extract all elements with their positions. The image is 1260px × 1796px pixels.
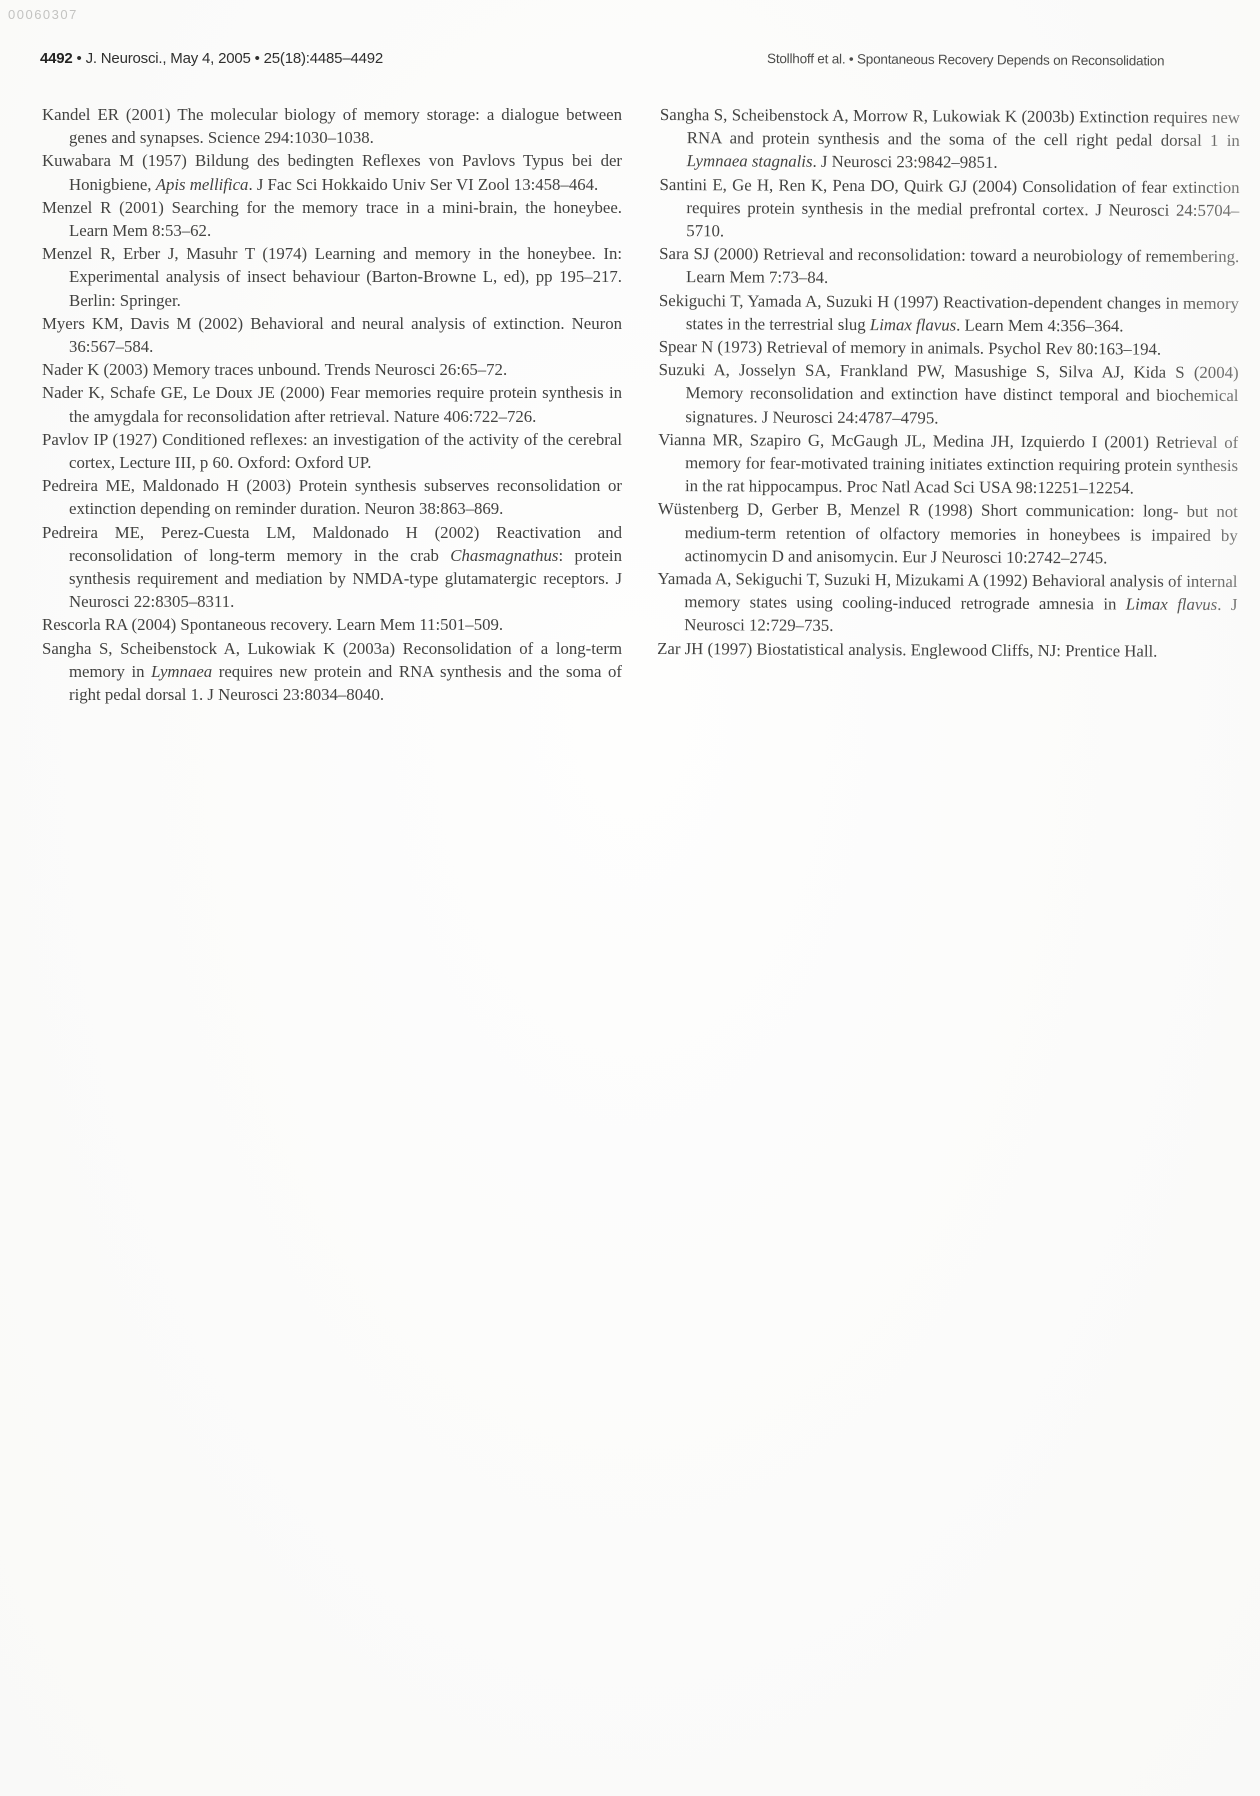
references-right-column: Sangha S, Scheibenstock A, Morrow R, Luk… bbox=[657, 103, 1240, 709]
header-citation: 4492 • J. Neurosci., May 4, 2005 • 25(18… bbox=[40, 50, 383, 67]
reference-item: Sangha S, Scheibenstock A, Morrow R, Luk… bbox=[660, 103, 1240, 176]
reference-item: Suzuki A, Josselyn SA, Frankland PW, Mas… bbox=[658, 358, 1238, 431]
page-number: 4492 bbox=[40, 50, 73, 67]
reference-item: Rescorla RA (2004) Spontaneous recovery.… bbox=[42, 613, 622, 636]
reference-item: Wüstenberg D, Gerber B, Menzel R (1998) … bbox=[658, 497, 1238, 570]
reference-item: Pavlov IP (1927) Conditioned reflexes: a… bbox=[42, 428, 622, 474]
reference-item: Zar JH (1997) Biostatistical analysis. E… bbox=[657, 637, 1237, 663]
reference-item: Vianna MR, Szapiro G, McGaugh JL, Medina… bbox=[658, 428, 1238, 501]
reference-item: Nader K, Schafe GE, Le Doux JE (2000) Fe… bbox=[42, 381, 622, 427]
reference-item: Sekiguchi T, Yamada A, Suzuki H (1997) R… bbox=[659, 289, 1239, 338]
reference-item: Sangha S, Scheibenstock A, Lukowiak K (2… bbox=[42, 637, 622, 707]
reference-item: Santini E, Ge H, Ren K, Pena DO, Quirk G… bbox=[659, 173, 1239, 246]
references-section: Kandel ER (2001) The molecular biology o… bbox=[42, 103, 1240, 706]
scan-id-stamp: 00060307 bbox=[8, 7, 78, 22]
journal-page: 00060307 4492 • J. Neurosci., May 4, 200… bbox=[0, 0, 1260, 1796]
page-header: 4492 • J. Neurosci., May 4, 2005 • 25(18… bbox=[40, 50, 1164, 67]
reference-item: Myers KM, Davis M (2002) Behavioral and … bbox=[42, 312, 622, 358]
running-title: Stollhoff et al. • Spontaneous Recovery … bbox=[767, 51, 1164, 68]
reference-item: Pedreira ME, Perez-Cuesta LM, Maldonado … bbox=[42, 521, 622, 614]
journal-citation: • J. Neurosci., May 4, 2005 • 25(18):448… bbox=[73, 50, 383, 67]
reference-item: Yamada A, Sekiguchi T, Suzuki H, Mizukam… bbox=[657, 567, 1237, 640]
reference-item: Menzel R (2001) Searching for the memory… bbox=[42, 196, 622, 242]
references-left-column: Kandel ER (2001) The molecular biology o… bbox=[42, 103, 622, 706]
reference-item: Sara SJ (2000) Retrieval and reconsolida… bbox=[659, 242, 1239, 291]
reference-item: Menzel R, Erber J, Masuhr T (1974) Learn… bbox=[42, 242, 622, 312]
reference-item: Kuwabara M (1957) Bildung des bedingten … bbox=[42, 149, 622, 195]
reference-item: Nader K (2003) Memory traces unbound. Tr… bbox=[42, 358, 622, 381]
reference-item: Kandel ER (2001) The molecular biology o… bbox=[42, 103, 622, 149]
reference-item: Pedreira ME, Maldonado H (2003) Protein … bbox=[42, 474, 622, 520]
reference-item: Spear N (1973) Retrieval of memory in an… bbox=[659, 335, 1239, 361]
